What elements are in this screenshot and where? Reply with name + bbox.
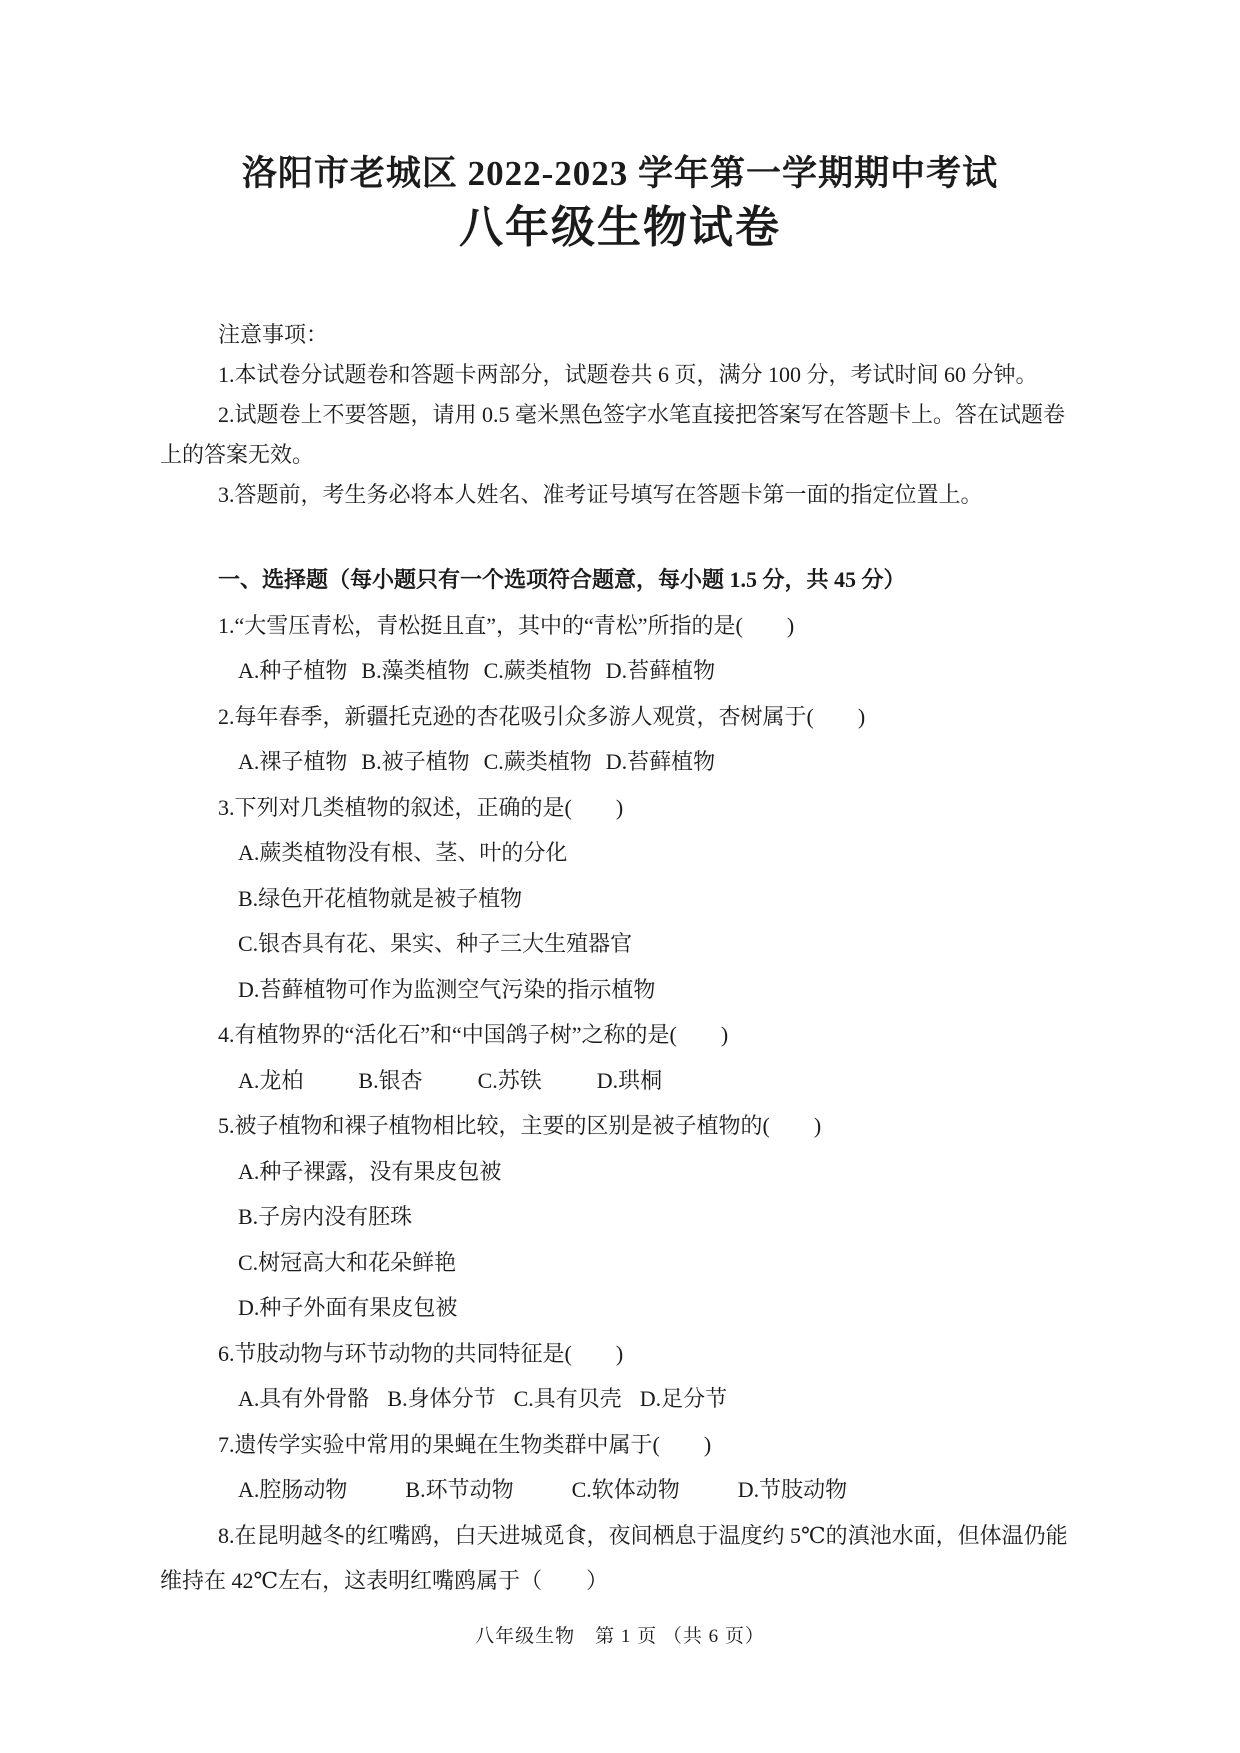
question-5-option-d: D.种子外面有果皮包被	[160, 1285, 1145, 1331]
question-7-option-c: C.软体动物	[572, 1467, 680, 1513]
question-4-option-a: A.龙柏	[238, 1058, 303, 1104]
question-6-option-c: C.具有贝壳	[514, 1376, 622, 1422]
question-2-option-b: B.被子植物	[361, 739, 469, 785]
question-6-options: A.具有外骨骼 B.身体分节 C.具有贝壳 D.足分节	[160, 1376, 1145, 1422]
question-5-option-a: A.种子裸露，没有果皮包被	[160, 1149, 1145, 1195]
question-2-option-a: A.裸子植物	[238, 739, 347, 785]
question-8-stem-line-1: 8.在昆明越冬的红嘴鸥，白天进城觅食，夜间栖息于温度约 5℃的滇池水面，但体温仍…	[160, 1513, 1145, 1559]
question-3-stem: 3.下列对几类植物的叙述，正确的是( )	[160, 785, 1145, 831]
question-5-stem: 5.被子植物和裸子植物相比较，主要的区别是被子植物的( )	[160, 1103, 1145, 1149]
question-6-option-d: D.足分节	[640, 1376, 727, 1422]
notice-item-3: 3.答题前，考生务必将本人姓名、准考证号填写在答题卡第一面的指定位置上。	[160, 475, 1085, 515]
question-5-option-b: B.子房内没有胚珠	[160, 1194, 1145, 1240]
question-6-option-b: B.身体分节	[387, 1376, 495, 1422]
question-3-option-a: A.蕨类植物没有根、茎、叶的分化	[160, 830, 1145, 876]
question-4-option-b: B.银杏	[358, 1058, 422, 1104]
question-2-stem: 2.每年春季，新疆托克逊的杏花吸引众多游人观赏，杏树属于( )	[160, 694, 1145, 740]
question-7-option-b: B.环节动物	[405, 1467, 513, 1513]
question-1-option-d: D.苔藓植物	[606, 648, 715, 694]
question-6-stem: 6.节肢动物与环节动物的共同特征是( )	[160, 1331, 1145, 1377]
question-8-stem-line-2: 维持在 42℃左右，这表明红嘴鸥属于（ ）	[160, 1558, 1145, 1604]
question-7-options: A.腔肠动物 B.环节动物 C.软体动物 D.节肢动物	[160, 1467, 1145, 1513]
page-footer: 八年级生物 第 1 页 （共 6 页）	[0, 1622, 1240, 1652]
title-block: 洛阳市老城区 2022-2023 学年第一学期期中考试 八年级生物试卷	[0, 0, 1240, 258]
question-1-option-b: B.藻类植物	[361, 648, 469, 694]
question-7-option-d: D.节肢动物	[738, 1467, 847, 1513]
question-4-stem: 4.有植物界的“活化石”和“中国鸽子树”之称的是( )	[160, 1012, 1145, 1058]
notice-item-2-line-1: 2.试题卷上不要答题，请用 0.5 毫米黑色签字水笔直接把答案写在答题卡上。答在…	[160, 395, 1085, 435]
notices-heading: 注意事项：	[160, 315, 1085, 355]
question-1-option-a: A.种子植物	[238, 648, 347, 694]
exam-title: 洛阳市老城区 2022-2023 学年第一学期期中考试	[0, 150, 1240, 198]
question-7-stem: 7.遗传学实验中常用的果蝇在生物类群中属于( )	[160, 1422, 1145, 1468]
question-4-options: A.龙柏 B.银杏 C.苏铁 D.珙桐	[160, 1058, 1145, 1104]
question-5-option-c: C.树冠高大和花朵鲜艳	[160, 1240, 1145, 1286]
question-2-options: A.裸子植物 B.被子植物 C.蕨类植物 D.苔藓植物	[160, 739, 1145, 785]
question-2-option-c: C.蕨类植物	[484, 739, 592, 785]
exam-page: 洛阳市老城区 2022-2023 学年第一学期期中考试 八年级生物试卷 注意事项…	[0, 0, 1240, 1753]
section-1-heading: 一、选择题（每小题只有一个选项符合题意，每小题 1.5 分，共 45 分）	[160, 557, 1145, 603]
notices-section: 注意事项： 1.本试卷分试题卷和答题卡两部分，试题卷共 6 页，满分 100 分…	[160, 315, 1085, 515]
question-4-option-d: D.珙桐	[597, 1058, 662, 1104]
notice-item-1: 1.本试卷分试题卷和答题卡两部分，试题卷共 6 页，满分 100 分，考试时间 …	[160, 355, 1085, 395]
question-1-option-c: C.蕨类植物	[484, 648, 592, 694]
notice-item-2-line-2: 上的答案无效。	[160, 435, 1085, 475]
question-7-option-a: A.腔肠动物	[238, 1467, 347, 1513]
multiple-choice-section: 一、选择题（每小题只有一个选项符合题意，每小题 1.5 分，共 45 分） 1.…	[160, 557, 1145, 1604]
exam-subtitle: 八年级生物试卷	[0, 198, 1240, 258]
question-3-option-b: B.绿色开花植物就是被子植物	[160, 876, 1145, 922]
question-1-options: A.种子植物 B.藻类植物 C.蕨类植物 D.苔藓植物	[160, 648, 1145, 694]
question-6-option-a: A.具有外骨骼	[238, 1376, 369, 1422]
question-4-option-c: C.苏铁	[478, 1058, 542, 1104]
question-1-stem: 1.“大雪压青松，青松挺且直”，其中的“青松”所指的是( )	[160, 603, 1145, 649]
question-2-option-d: D.苔藓植物	[606, 739, 715, 785]
question-3-option-d: D.苔藓植物可作为监测空气污染的指示植物	[160, 967, 1145, 1013]
question-3-option-c: C.银杏具有花、果实、种子三大生殖器官	[160, 921, 1145, 967]
